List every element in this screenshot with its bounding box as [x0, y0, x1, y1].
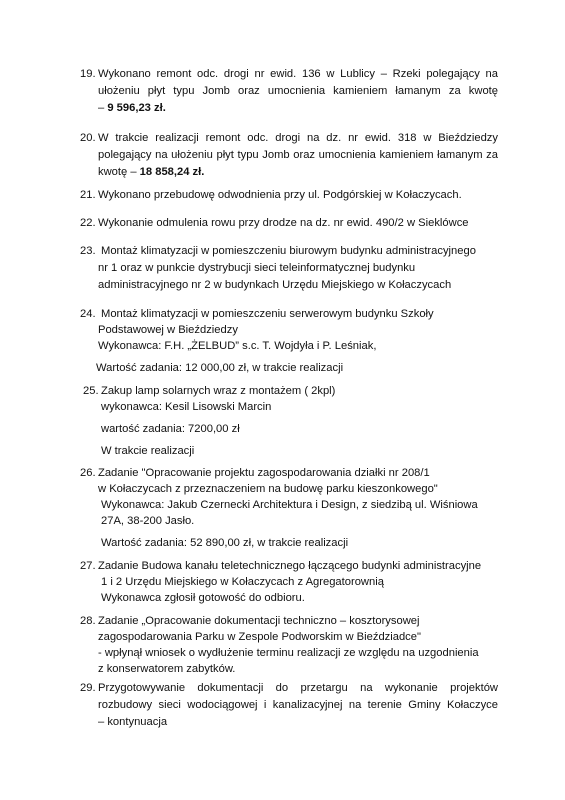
item-number: 29. — [80, 681, 96, 695]
item-text-line: Montaż klimatyzacji w pomieszczeniu serw… — [101, 307, 434, 321]
item-number: 22. — [80, 216, 96, 230]
amount-prefix: – — [98, 102, 107, 114]
item-contractor-line: Wykonawca: Jakub Czernecki Architektura … — [101, 498, 478, 512]
amount-value: 9 596,23 zł. — [107, 102, 165, 114]
item-text-line: administracyjnego nr 2 w budynkach Urzęd… — [98, 278, 451, 292]
item-status-line: Wykonawca zgłosił gotowość do odbioru. — [101, 591, 305, 605]
item-contractor-line: wykonawca: Kesil Lisowski Marcin — [101, 400, 271, 414]
item-number: 26. — [80, 466, 96, 480]
item-status-line: - wpłynął wniosek o wydłużenie terminu r… — [98, 646, 479, 660]
item-value-line: Wartość zadania: 12 000,00 zł, w trakcie… — [96, 361, 343, 375]
item-status-line: W trakcie realizacji — [101, 444, 194, 458]
amount-prefix: kwotę – — [98, 166, 140, 178]
item-number: 23. — [80, 244, 96, 258]
item-text-line: rozbudowy sieci wodociągowej i kanalizac… — [98, 698, 498, 712]
item-text-line: Podstawowej w Bieździedzy — [98, 323, 238, 337]
item-text-line: 1 i 2 Urzędu Miejskiego w Kołaczycach z … — [101, 575, 384, 589]
item-text-line: nr 1 oraz w punkcie dystrybucji sieci te… — [98, 261, 415, 275]
item-text-line: Zadanie "Opracowanie projektu zagospodar… — [98, 466, 430, 480]
item-text-line: Wykonanie odmulenia rowu przy drodze na … — [98, 216, 469, 230]
item-text-line: 27A, 38-200 Jasło. — [101, 514, 194, 528]
item-value-line: Wartość zadania: 52 890,00 zł, w trakcie… — [101, 536, 348, 550]
item-status-line: z konserwatorem zabytków. — [98, 662, 235, 676]
item-text-line: Wykonano przebudowę odwodnienia przy ul.… — [98, 188, 462, 202]
item-text-line: Zadanie „Opracowanie dokumentacji techni… — [98, 614, 420, 628]
amount-value: 18 858,24 zł. — [140, 166, 205, 178]
item-text-line: ułożeniu płyt typu Jomb oraz umocnienia … — [98, 84, 498, 98]
item-number: 19. — [80, 67, 96, 81]
item-text-line: Wykonano remont odc. drogi nr ewid. 136 … — [98, 67, 498, 81]
item-amount-line: – 9 596,23 zł. — [98, 101, 166, 115]
item-text-line: polegający na ułożeniu płyt typu Jomb or… — [98, 148, 498, 162]
item-number: 25. — [83, 384, 99, 398]
item-text-line: – kontynuacja — [98, 715, 167, 729]
item-text-line: Zadanie Budowa kanału teletechnicznego ł… — [98, 559, 481, 573]
item-number: 28. — [80, 614, 96, 628]
item-number: 24. — [80, 307, 96, 321]
item-number: 27. — [80, 559, 96, 573]
item-number: 20. — [80, 131, 96, 145]
item-text-line: Zakup lamp solarnych wraz z montażem ( 2… — [101, 384, 335, 398]
item-text-line: zagospodarowania Parku w Zespole Podwors… — [98, 630, 421, 644]
item-text-line: Przygotowywanie dokumentacji do przetarg… — [98, 681, 498, 695]
item-number: 21. — [80, 188, 96, 202]
item-text-line: W trakcie realizacji remont odc. drogi n… — [98, 131, 498, 145]
item-contractor-line: Wykonawca: F.H. „ŻELBUD” s.c. T. Wojdyła… — [98, 339, 376, 353]
item-text-line: w Kołaczycach z przeznaczeniem na budowę… — [98, 482, 438, 496]
item-text-line: Montaż klimatyzacji w pomieszczeniu biur… — [101, 244, 476, 258]
item-amount-line: kwotę – 18 858,24 zł. — [98, 165, 204, 179]
item-value-line: wartość zadania: 7200,00 zł — [101, 422, 240, 436]
